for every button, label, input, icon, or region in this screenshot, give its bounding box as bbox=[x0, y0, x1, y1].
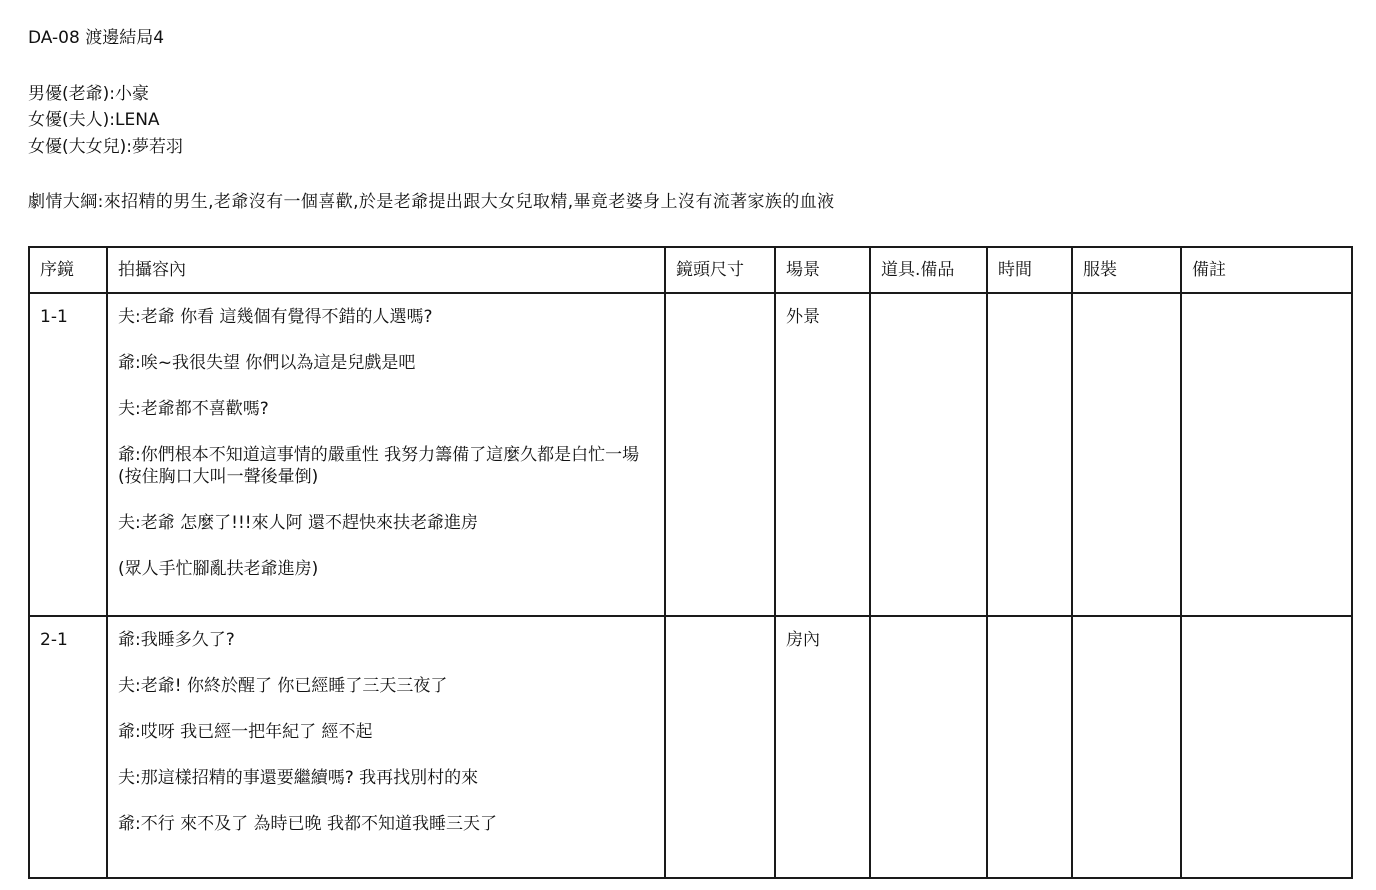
header-shot-size: 鏡頭尺寸 bbox=[665, 247, 775, 293]
dialogue-line: 爺:你們根本不知道這事情的嚴重性 我努力籌備了這麼久都是白忙一場(按住胸口大叫一… bbox=[118, 444, 648, 488]
header-notes: 備註 bbox=[1181, 247, 1352, 293]
cell-notes bbox=[1181, 616, 1352, 878]
dialogue-line: 夫:老爺 你看 這幾個有覺得不錯的人選嗎? bbox=[118, 306, 654, 328]
table-row: 2-1 爺:我睡多久了? 夫:老爺! 你終於醒了 你已經睡了三天三夜了 爺:哎呀… bbox=[29, 616, 1352, 878]
stage-direction: (眾人手忙腳亂扶老爺進房) bbox=[118, 558, 654, 580]
dialogue-line: 爺:唉~我很失望 你們以為這是兒戲是吧 bbox=[118, 352, 654, 374]
document-title: DA-08 渡邊結局4 bbox=[28, 27, 164, 49]
cell-shot: 2-1 bbox=[29, 616, 107, 878]
cell-props bbox=[870, 616, 987, 878]
synopsis: 劇情大綱:來招精的男生,老爺沒有一個喜歡,於是老爺提出跟大女兒取精,畢竟老婆身上… bbox=[28, 191, 835, 213]
cell-props bbox=[870, 293, 987, 616]
dialogue-line: 夫:老爺! 你終於醒了 你已經睡了三天三夜了 bbox=[118, 675, 654, 697]
cell-time bbox=[987, 293, 1072, 616]
cell-location: 房內 bbox=[775, 616, 870, 878]
cell-content: 爺:我睡多久了? 夫:老爺! 你終於醒了 你已經睡了三天三夜了 爺:哎呀 我已經… bbox=[107, 616, 665, 878]
dialogue-line: 爺:哎呀 我已經一把年紀了 經不起 bbox=[118, 721, 654, 743]
cell-content: 夫:老爺 你看 這幾個有覺得不錯的人選嗎? 爺:唉~我很失望 你們以為這是兒戲是… bbox=[107, 293, 665, 616]
cast-actress-wife: 女優(夫人):LENA bbox=[28, 109, 160, 131]
cell-location: 外景 bbox=[775, 293, 870, 616]
header-time: 時間 bbox=[987, 247, 1072, 293]
header-shot: 序鏡 bbox=[29, 247, 107, 293]
header-props: 道具.備品 bbox=[870, 247, 987, 293]
cell-shot-size bbox=[665, 616, 775, 878]
cell-shot-size bbox=[665, 293, 775, 616]
cell-costume bbox=[1072, 293, 1181, 616]
header-costume: 服裝 bbox=[1072, 247, 1181, 293]
cell-costume bbox=[1072, 616, 1181, 878]
cast-actress-daughter: 女優(大女兒):夢若羽 bbox=[28, 136, 183, 158]
table-row: 1-1 夫:老爺 你看 這幾個有覺得不錯的人選嗎? 爺:唉~我很失望 你們以為這… bbox=[29, 293, 1352, 616]
header-content: 拍攝容內 bbox=[107, 247, 665, 293]
cast-actor-male: 男優(老爺):小豪 bbox=[28, 83, 149, 105]
cell-time bbox=[987, 616, 1072, 878]
dialogue-line: 爺:不行 來不及了 為時已晚 我都不知道我睡三天了 bbox=[118, 813, 654, 835]
cell-shot: 1-1 bbox=[29, 293, 107, 616]
table-header-row: 序鏡 拍攝容內 鏡頭尺寸 場景 道具.備品 時間 服裝 備註 bbox=[29, 247, 1352, 293]
shot-list-table: 序鏡 拍攝容內 鏡頭尺寸 場景 道具.備品 時間 服裝 備註 1-1 夫:老爺 … bbox=[28, 246, 1353, 879]
dialogue-line: 夫:那這樣招精的事還要繼續嗎? 我再找別村的來 bbox=[118, 767, 654, 789]
dialogue-line: 夫:老爺 怎麼了!!!來人阿 還不趕快來扶老爺進房 bbox=[118, 512, 654, 534]
dialogue-line: 爺:我睡多久了? bbox=[118, 629, 654, 651]
cell-notes bbox=[1181, 293, 1352, 616]
header-location: 場景 bbox=[775, 247, 870, 293]
dialogue-line: 夫:老爺都不喜歡嗎? bbox=[118, 398, 654, 420]
